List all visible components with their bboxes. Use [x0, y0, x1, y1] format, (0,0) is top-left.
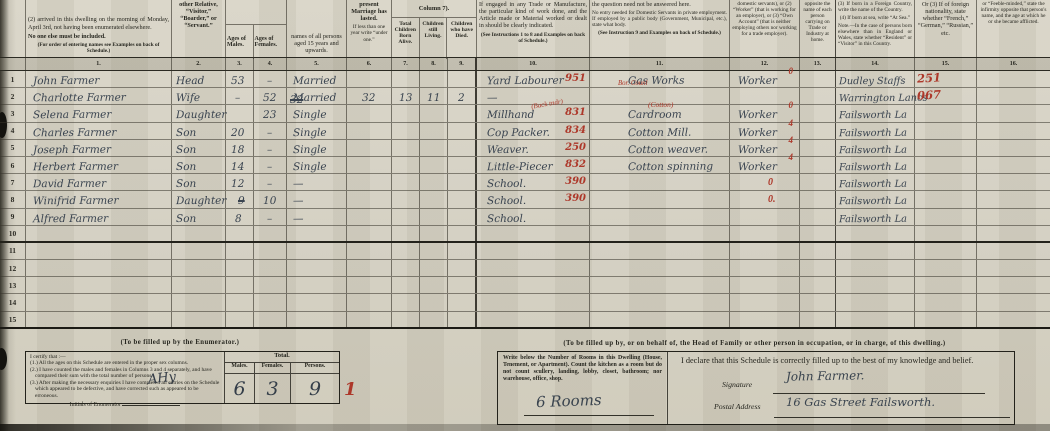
- cell-name: [26, 294, 172, 310]
- row-number: 7: [0, 174, 26, 190]
- cell-occupation: Little-Piecer832: [477, 157, 590, 173]
- cell-children-born: [392, 71, 420, 87]
- column-number: 6.: [347, 58, 392, 70]
- cell-work-at-home: [800, 105, 836, 121]
- rooms-instructions: Write below the Number of Rooms in this …: [503, 355, 662, 383]
- cell-marital: Single: [287, 123, 347, 139]
- cell-marital: Single: [287, 105, 347, 121]
- cell-birthplace: [836, 226, 915, 241]
- cell-children-living: [420, 105, 448, 121]
- header-children-living: Children still Living.: [420, 18, 448, 59]
- table-row: 11: [0, 243, 1050, 260]
- cell-occupation: [477, 226, 590, 241]
- females-label: Females.: [255, 363, 290, 374]
- status-red-code: 0: [768, 175, 773, 190]
- cell-children-died: [448, 294, 477, 310]
- cell-work-at-home: [800, 226, 836, 241]
- row-number: 10: [0, 226, 26, 241]
- cell-children-died: [448, 191, 477, 207]
- signature-underline: [773, 393, 985, 394]
- header-text: other Relative, “Visitor,” “Boarder,” or…: [174, 1, 223, 30]
- cell-infirmity: [977, 123, 1050, 139]
- cell-name: Charlotte Farmer: [26, 88, 172, 104]
- cell-nationality: [915, 209, 977, 225]
- cell-infirmity: [977, 71, 1050, 87]
- cell-age-males: [226, 312, 254, 327]
- cell-nationality: [915, 71, 977, 87]
- females-value: 3: [255, 374, 290, 403]
- cell-industry: [590, 174, 730, 190]
- cell-age-females: [254, 260, 287, 276]
- cell-relationship: [172, 243, 226, 259]
- header-text: (3) If born in a Foreign Country, write …: [838, 1, 912, 13]
- cell-children-living: [420, 294, 448, 310]
- cell-children-died: [448, 260, 477, 276]
- cell-work-at-home: [800, 277, 836, 293]
- cell-infirmity: [977, 157, 1050, 173]
- cell-children-born: [392, 123, 420, 139]
- header-occupation-column: If engaged in any Trade or Manufacture, …: [477, 0, 590, 57]
- header-text: (See Instruction 9 and Examples on back …: [592, 30, 727, 36]
- cell-age-females: –: [254, 123, 287, 139]
- cell-name: [26, 226, 172, 241]
- cell-industry: Cotton Mill.: [590, 123, 730, 139]
- rooms-underline: [524, 415, 654, 416]
- cell-birthplace: Failsworth La: [836, 123, 915, 139]
- header-text: names of all persons aged 15 years and u…: [289, 33, 344, 54]
- cell-relationship: Son: [172, 174, 226, 190]
- cell-industry: Gas WorksBor. Counl: [590, 71, 730, 87]
- scan-edge-shadow: [0, 424, 1050, 431]
- cell-children-living: [420, 71, 448, 87]
- table-header: (2) arrived in this dwelling on the morn…: [0, 0, 1050, 58]
- cell-infirmity: [977, 174, 1050, 190]
- cell-name: [26, 260, 172, 276]
- cell-work-at-home: [800, 157, 836, 173]
- persons-label: Persons.: [291, 363, 339, 374]
- cell-relationship: [172, 260, 226, 276]
- totals-box: Total. Males. 6 Females. 3 Persons. 9: [225, 352, 339, 403]
- cell-age-males: [226, 277, 254, 293]
- header-relationship-column: other Relative, “Visitor,” “Boarder,” or…: [172, 0, 226, 57]
- cell-occupation: Millhand(Back tndr)831: [477, 105, 590, 121]
- cell-name: Winifrid Farmer: [26, 191, 172, 207]
- cell-nationality: [915, 105, 977, 121]
- cell-infirmity: [977, 277, 1050, 293]
- cell-birthplace: [836, 260, 915, 276]
- cell-industry: [590, 260, 730, 276]
- cell-relationship: Wife: [172, 88, 226, 104]
- cell-children-died: [448, 243, 477, 259]
- cell-infirmity: [977, 88, 1050, 104]
- status-red-code: 0: [789, 100, 794, 110]
- table-row: 13: [0, 277, 1050, 294]
- table-row: 4 Charles Farmer Son 20 – Single Cop Pac…: [0, 123, 1050, 140]
- row-number: 6: [0, 157, 26, 173]
- cell-children-living: [420, 209, 448, 225]
- cell-marital: Married: [287, 88, 347, 104]
- cell-name: Herbert Farmer: [26, 157, 172, 173]
- cell-birthplace: Failsworth La: [836, 140, 915, 156]
- header-text: or “Feeble-minded,” state the infirmity …: [979, 1, 1048, 25]
- cell-marital: —: [287, 209, 347, 225]
- cell-years-married: [347, 157, 392, 173]
- cell-age-males: 20: [226, 123, 254, 139]
- rooms-value-handwriting: 6 Rooms: [536, 391, 602, 411]
- rooms-box: Write below the Number of Rooms in this …: [498, 352, 668, 424]
- cell-children-living: [420, 123, 448, 139]
- header-name-column: (2) arrived in this dwelling on the morn…: [26, 0, 172, 57]
- cell-children-born: [392, 243, 420, 259]
- column-number: [0, 58, 26, 70]
- header-text: opposite the name of each person carryin…: [802, 1, 833, 44]
- cell-employment-status: [730, 277, 800, 293]
- signature-handwriting: John Farmer.: [786, 368, 865, 383]
- cell-infirmity: [977, 260, 1050, 276]
- cell-work-at-home: [800, 191, 836, 207]
- table-row: 10: [0, 226, 1050, 243]
- cell-marital: [287, 277, 347, 293]
- certify-item: (3.) After making the necessary enquirie…: [30, 380, 220, 399]
- cell-age-females: 10: [254, 191, 287, 207]
- cell-relationship: Daughter: [172, 191, 226, 207]
- header-text: (For order of entering names see Example…: [28, 42, 169, 54]
- cell-age-males: 12: [226, 174, 254, 190]
- table-row: 8 Winifrid Farmer Daughter 9 10 — School…: [0, 191, 1050, 208]
- cell-relationship: [172, 294, 226, 310]
- header-text: domestic servants), or (2) “Worker” (tha…: [732, 1, 797, 37]
- total-males: Males. 6: [225, 363, 255, 403]
- cell-employment-status: [730, 312, 800, 327]
- header-column7-group: Column 7).: [392, 0, 476, 18]
- row-number: 4: [0, 123, 26, 139]
- cell-work-at-home: [800, 209, 836, 225]
- cell-age-females: –: [254, 140, 287, 156]
- cell-children-living: [420, 243, 448, 259]
- cell-years-married: 32: [347, 88, 392, 104]
- table-row: 9 Alfred Farmer Son 8 – — School. Failsw…: [0, 209, 1050, 226]
- occupation-code: 390: [565, 191, 586, 207]
- cell-children-born: [392, 277, 420, 293]
- header-nationality-column: Or (3) If of foreign nationality, state …: [915, 0, 977, 57]
- occupation-code: 832: [565, 157, 586, 173]
- cell-age-females: 52: [254, 88, 287, 104]
- cell-age-females: [254, 243, 287, 259]
- header-children-died: Children who have Died.: [447, 18, 476, 59]
- header-industry-column: the question need not be answered here. …: [590, 0, 730, 57]
- header-text: (2) arrived in this dwelling on the morn…: [28, 16, 169, 30]
- cell-relationship: Son: [172, 123, 226, 139]
- cell-years-married: [347, 243, 392, 259]
- cell-industry: [590, 209, 730, 225]
- cell-name: Joseph Farmer: [26, 140, 172, 156]
- cell-age-females: –: [254, 157, 287, 173]
- cell-birthplace: Failsworth La: [836, 209, 915, 225]
- cell-years-married: [347, 123, 392, 139]
- cell-industry: Cotton spinning: [590, 157, 730, 173]
- header-marital-column: names of all persons aged 15 years and u…: [287, 0, 347, 57]
- industry-red-note: (Cotton): [648, 100, 673, 109]
- industry-red-note: Bor. Counl: [618, 80, 647, 87]
- table-row: 6 Herbert Farmer Son 14 – Single Little-…: [0, 157, 1050, 174]
- cell-marital: [287, 243, 347, 259]
- cell-children-born: [392, 226, 420, 241]
- cell-relationship: Son: [172, 157, 226, 173]
- initials-label: Initials of Enumerator: [70, 402, 121, 408]
- cell-age-males: 8: [226, 209, 254, 225]
- cell-marital: [287, 226, 347, 241]
- cell-employment-status: [730, 294, 800, 310]
- cell-marital: —: [287, 191, 347, 207]
- cell-birthplace: Warrington Lancs067: [836, 88, 915, 104]
- header-birthplace-column: (3) If born in a Foreign Country, write …: [836, 0, 915, 57]
- row-number: 3: [0, 105, 26, 121]
- cell-birthplace: [836, 243, 915, 259]
- cell-nationality: [915, 157, 977, 173]
- status-red-code: 4: [789, 135, 794, 145]
- cell-infirmity: [977, 105, 1050, 121]
- cell-children-died: [448, 209, 477, 225]
- cell-age-females: [254, 226, 287, 241]
- row-number: 5: [0, 140, 26, 156]
- cell-relationship: [172, 277, 226, 293]
- cell-occupation: Weaver.250: [477, 140, 590, 156]
- cell-employment-status: 0.: [730, 191, 800, 207]
- cell-marital: —: [287, 174, 347, 190]
- table-row: 7 David Farmer Son 12 – — School.390 0 F…: [0, 174, 1050, 191]
- postal-address-underline: [774, 417, 1010, 418]
- cell-children-living: [420, 277, 448, 293]
- cell-industry: [590, 294, 730, 310]
- cell-age-females: [254, 312, 287, 327]
- cell-age-females: 23: [254, 105, 287, 121]
- header-ages-column: Ages of Males. Ages of Females.: [226, 0, 287, 57]
- cell-years-married: [347, 226, 392, 241]
- cell-birthplace: Failsworth La: [836, 191, 915, 207]
- cell-marital: [287, 312, 347, 327]
- cell-marital: [287, 260, 347, 276]
- cell-occupation: School.390: [477, 191, 590, 207]
- cell-infirmity: [977, 140, 1050, 156]
- cell-years-married: [347, 209, 392, 225]
- column-number: 14.: [836, 58, 915, 70]
- column-number: 3.: [226, 58, 254, 70]
- status-red-code: 4: [789, 118, 794, 128]
- cell-children-born: [392, 312, 420, 327]
- cell-nationality: [915, 312, 977, 327]
- cell-children-died: [448, 105, 477, 121]
- cell-birthplace: Failsworth La: [836, 174, 915, 190]
- row-number: 13: [0, 277, 26, 293]
- row-number: 14: [0, 294, 26, 310]
- cell-age-males: 53: [226, 71, 254, 87]
- cell-children-died: [448, 123, 477, 139]
- cell-age-males: –: [226, 88, 254, 104]
- cell-work-at-home: [800, 294, 836, 310]
- cell-birthplace: [836, 294, 915, 310]
- row-number: 12: [0, 260, 26, 276]
- header-rownum: [0, 0, 26, 57]
- cell-name: [26, 243, 172, 259]
- cell-relationship: Daughter: [172, 105, 226, 121]
- table-row: 1 John Farmer Head 53 – Married32 Yard L…: [0, 71, 1050, 88]
- cell-relationship: [172, 226, 226, 241]
- header-text: Note.—In the case of persons born elsewh…: [838, 23, 912, 47]
- cell-birthplace: [836, 312, 915, 327]
- cell-children-living: [420, 140, 448, 156]
- cell-occupation: Yard Labourer951: [477, 71, 590, 87]
- header-text: No one else must be included.: [28, 33, 169, 40]
- cell-age-females: –: [254, 71, 287, 87]
- table-row: 3 Selena Farmer Daughter 23 Single Millh…: [0, 105, 1050, 122]
- cell-work-at-home: [800, 312, 836, 327]
- cell-age-females: –: [254, 174, 287, 190]
- header-text: If less than one year write “under one.”: [349, 24, 389, 42]
- cell-years-married: [347, 312, 392, 327]
- column-number: 9.: [448, 58, 477, 70]
- table-row: 15: [0, 312, 1050, 329]
- table-row: 5 Joseph Farmer Son 18 – Single Weaver.2…: [0, 140, 1050, 157]
- cell-marital: Married32: [287, 71, 347, 87]
- cell-employment-status: [730, 226, 800, 241]
- header-employment-status-column: domestic servants), or (2) “Worker” (tha…: [730, 0, 800, 57]
- header-years-married-column: present Marriage has lasted. If less tha…: [347, 0, 392, 57]
- cell-occupation: [477, 312, 590, 327]
- cell-name: John Farmer: [26, 71, 172, 87]
- cell-children-died: 2: [448, 88, 477, 104]
- cell-children-died: [448, 157, 477, 173]
- cell-employment-status: [730, 209, 800, 225]
- total-persons: Persons. 9: [291, 363, 339, 403]
- cell-age-females: [254, 294, 287, 310]
- column-number: 11.: [590, 58, 730, 70]
- enumerator-section-title: (To be filled up by the Enumerator.): [30, 339, 330, 346]
- cell-industry: Cardroom(Cotton): [590, 105, 730, 121]
- cell-children-born: [392, 209, 420, 225]
- cell-occupation: School.: [477, 209, 590, 225]
- cell-name: [26, 277, 172, 293]
- total-females: Females. 3: [255, 363, 291, 403]
- cell-relationship: Son: [172, 209, 226, 225]
- cell-years-married: [347, 174, 392, 190]
- occupation-code: 390: [565, 174, 586, 190]
- cell-nationality: [915, 277, 977, 293]
- household-section-title: (To be filled up by, or on behalf of, th…: [497, 340, 1012, 347]
- cell-infirmity: [977, 209, 1050, 225]
- header-at-home-column: opposite the name of each person carryin…: [800, 0, 836, 57]
- cell-marital: Single: [287, 140, 347, 156]
- occupation-code: 831: [565, 105, 586, 121]
- cell-children-born: [392, 294, 420, 310]
- cell-age-males: [226, 260, 254, 276]
- column-number: 5.: [287, 58, 347, 70]
- header-text: No entry needed for Domestic Servants in…: [592, 10, 727, 28]
- cell-work-at-home: [800, 71, 836, 87]
- column-number: 4.: [254, 58, 287, 70]
- cell-birthplace: [836, 277, 915, 293]
- cell-children-died: [448, 71, 477, 87]
- cell-children-living: [420, 260, 448, 276]
- row-number: 15: [0, 312, 26, 327]
- cell-years-married: [347, 105, 392, 121]
- column-number: 7.: [392, 58, 420, 70]
- cell-name: Selena Farmer: [26, 105, 172, 121]
- row-number: 1: [0, 71, 26, 87]
- cell-nationality: [915, 260, 977, 276]
- cell-nationality: [915, 140, 977, 156]
- census-rows: 1 John Farmer Head 53 – Married32 Yard L…: [0, 71, 1050, 329]
- column-number: 8.: [420, 58, 448, 70]
- males-label: Males.: [225, 363, 254, 374]
- cell-children-living: [420, 191, 448, 207]
- cell-birthplace: Failsworth La: [836, 105, 915, 121]
- cell-children-died: [448, 140, 477, 156]
- cell-occupation: Cop Packer.834: [477, 123, 590, 139]
- cell-infirmity: [977, 243, 1050, 259]
- cell-children-died: [448, 277, 477, 293]
- cell-work-at-home: [800, 260, 836, 276]
- cell-infirmity: [977, 294, 1050, 310]
- header-text: (4) If born at sea, write “At Sea.”: [838, 15, 912, 21]
- cell-name: Charles Farmer: [26, 123, 172, 139]
- cell-occupation: [477, 260, 590, 276]
- cell-children-living: [420, 226, 448, 241]
- cell-name: [26, 312, 172, 327]
- occupation-code: 834: [565, 123, 586, 139]
- cell-age-males: 14: [226, 157, 254, 173]
- cell-relationship: Son: [172, 140, 226, 156]
- cell-age-males: 18: [226, 140, 254, 156]
- initials-underline: [122, 400, 180, 406]
- cell-years-married: [347, 294, 392, 310]
- cell-years-married: [347, 71, 392, 87]
- enumerator-box: I certify that :— (1.) All the ages on t…: [25, 351, 340, 404]
- status-red-code: 4: [789, 152, 794, 162]
- table-row: 2 Charlotte Farmer Wife – 52 Married 32 …: [0, 88, 1050, 105]
- declaration-box: I declare that this Schedule is correctl…: [668, 352, 1014, 424]
- cell-occupation: [477, 294, 590, 310]
- cell-industry: [590, 312, 730, 327]
- header-ages-males: Ages of Males.: [226, 25, 254, 59]
- row-number: 11: [0, 243, 26, 259]
- header-ages-top: [226, 0, 286, 25]
- cell-occupation: [477, 277, 590, 293]
- cell-nationality: [915, 123, 977, 139]
- cell-children-died: [448, 174, 477, 190]
- certify-item: (2.) I have counted the males and female…: [30, 367, 220, 380]
- cell-age-males: [226, 243, 254, 259]
- cell-relationship: Head: [172, 71, 226, 87]
- cell-work-at-home: [800, 123, 836, 139]
- cell-age-females: –: [254, 209, 287, 225]
- cell-children-living: [420, 174, 448, 190]
- cell-years-married: [347, 260, 392, 276]
- cell-age-males: [226, 226, 254, 241]
- cell-employment-status: Worker0: [730, 71, 800, 87]
- cell-children-born: [392, 157, 420, 173]
- cell-industry: [590, 226, 730, 241]
- signature-label: Signature: [722, 380, 752, 389]
- cell-nationality: [915, 88, 977, 104]
- cell-marital: Single: [287, 157, 347, 173]
- declaration-text: I declare that this Schedule is correctl…: [681, 356, 1021, 365]
- cell-industry: [590, 191, 730, 207]
- header-text: If engaged in any Trade or Manufacture, …: [479, 1, 587, 30]
- cell-children-living: [420, 157, 448, 173]
- row-number: 8: [0, 191, 26, 207]
- cell-children-living: 11: [420, 88, 448, 104]
- cell-age-males: [226, 294, 254, 310]
